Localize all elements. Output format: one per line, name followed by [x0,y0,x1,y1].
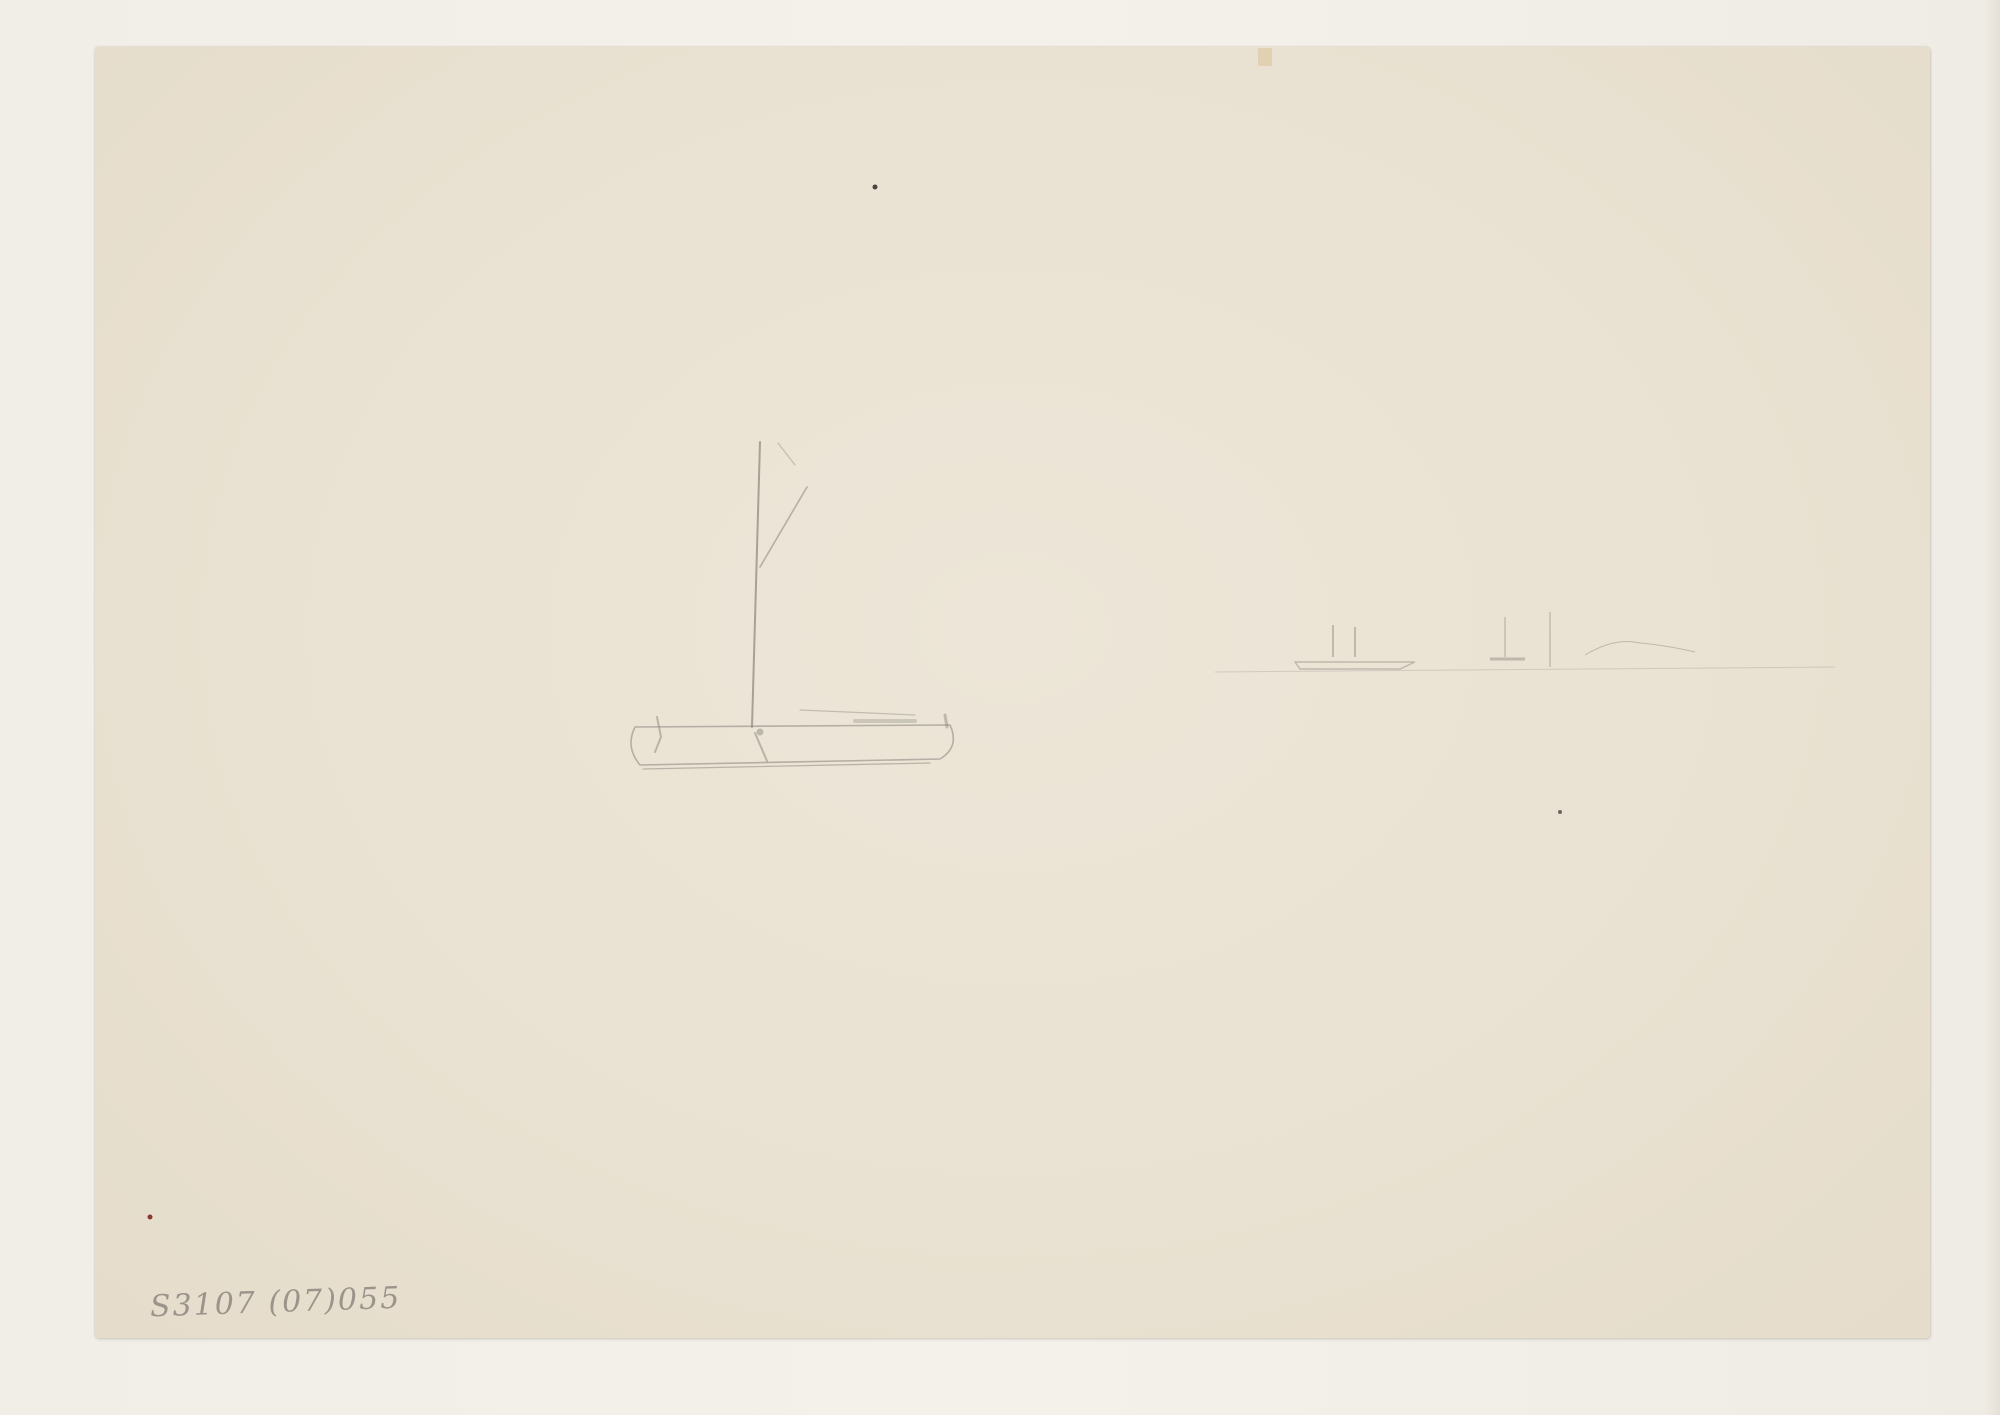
stain-dot [148,1215,153,1220]
frame-edge [1986,0,2000,1415]
main-boat [631,442,953,769]
sketch-drawing [95,47,1930,1338]
paper-sheet [95,47,1930,1338]
pencil-dot [873,185,878,190]
hinge-tape-mark [1258,48,1272,66]
distant-ships [1215,612,1835,672]
pencil-dot [1558,810,1562,814]
